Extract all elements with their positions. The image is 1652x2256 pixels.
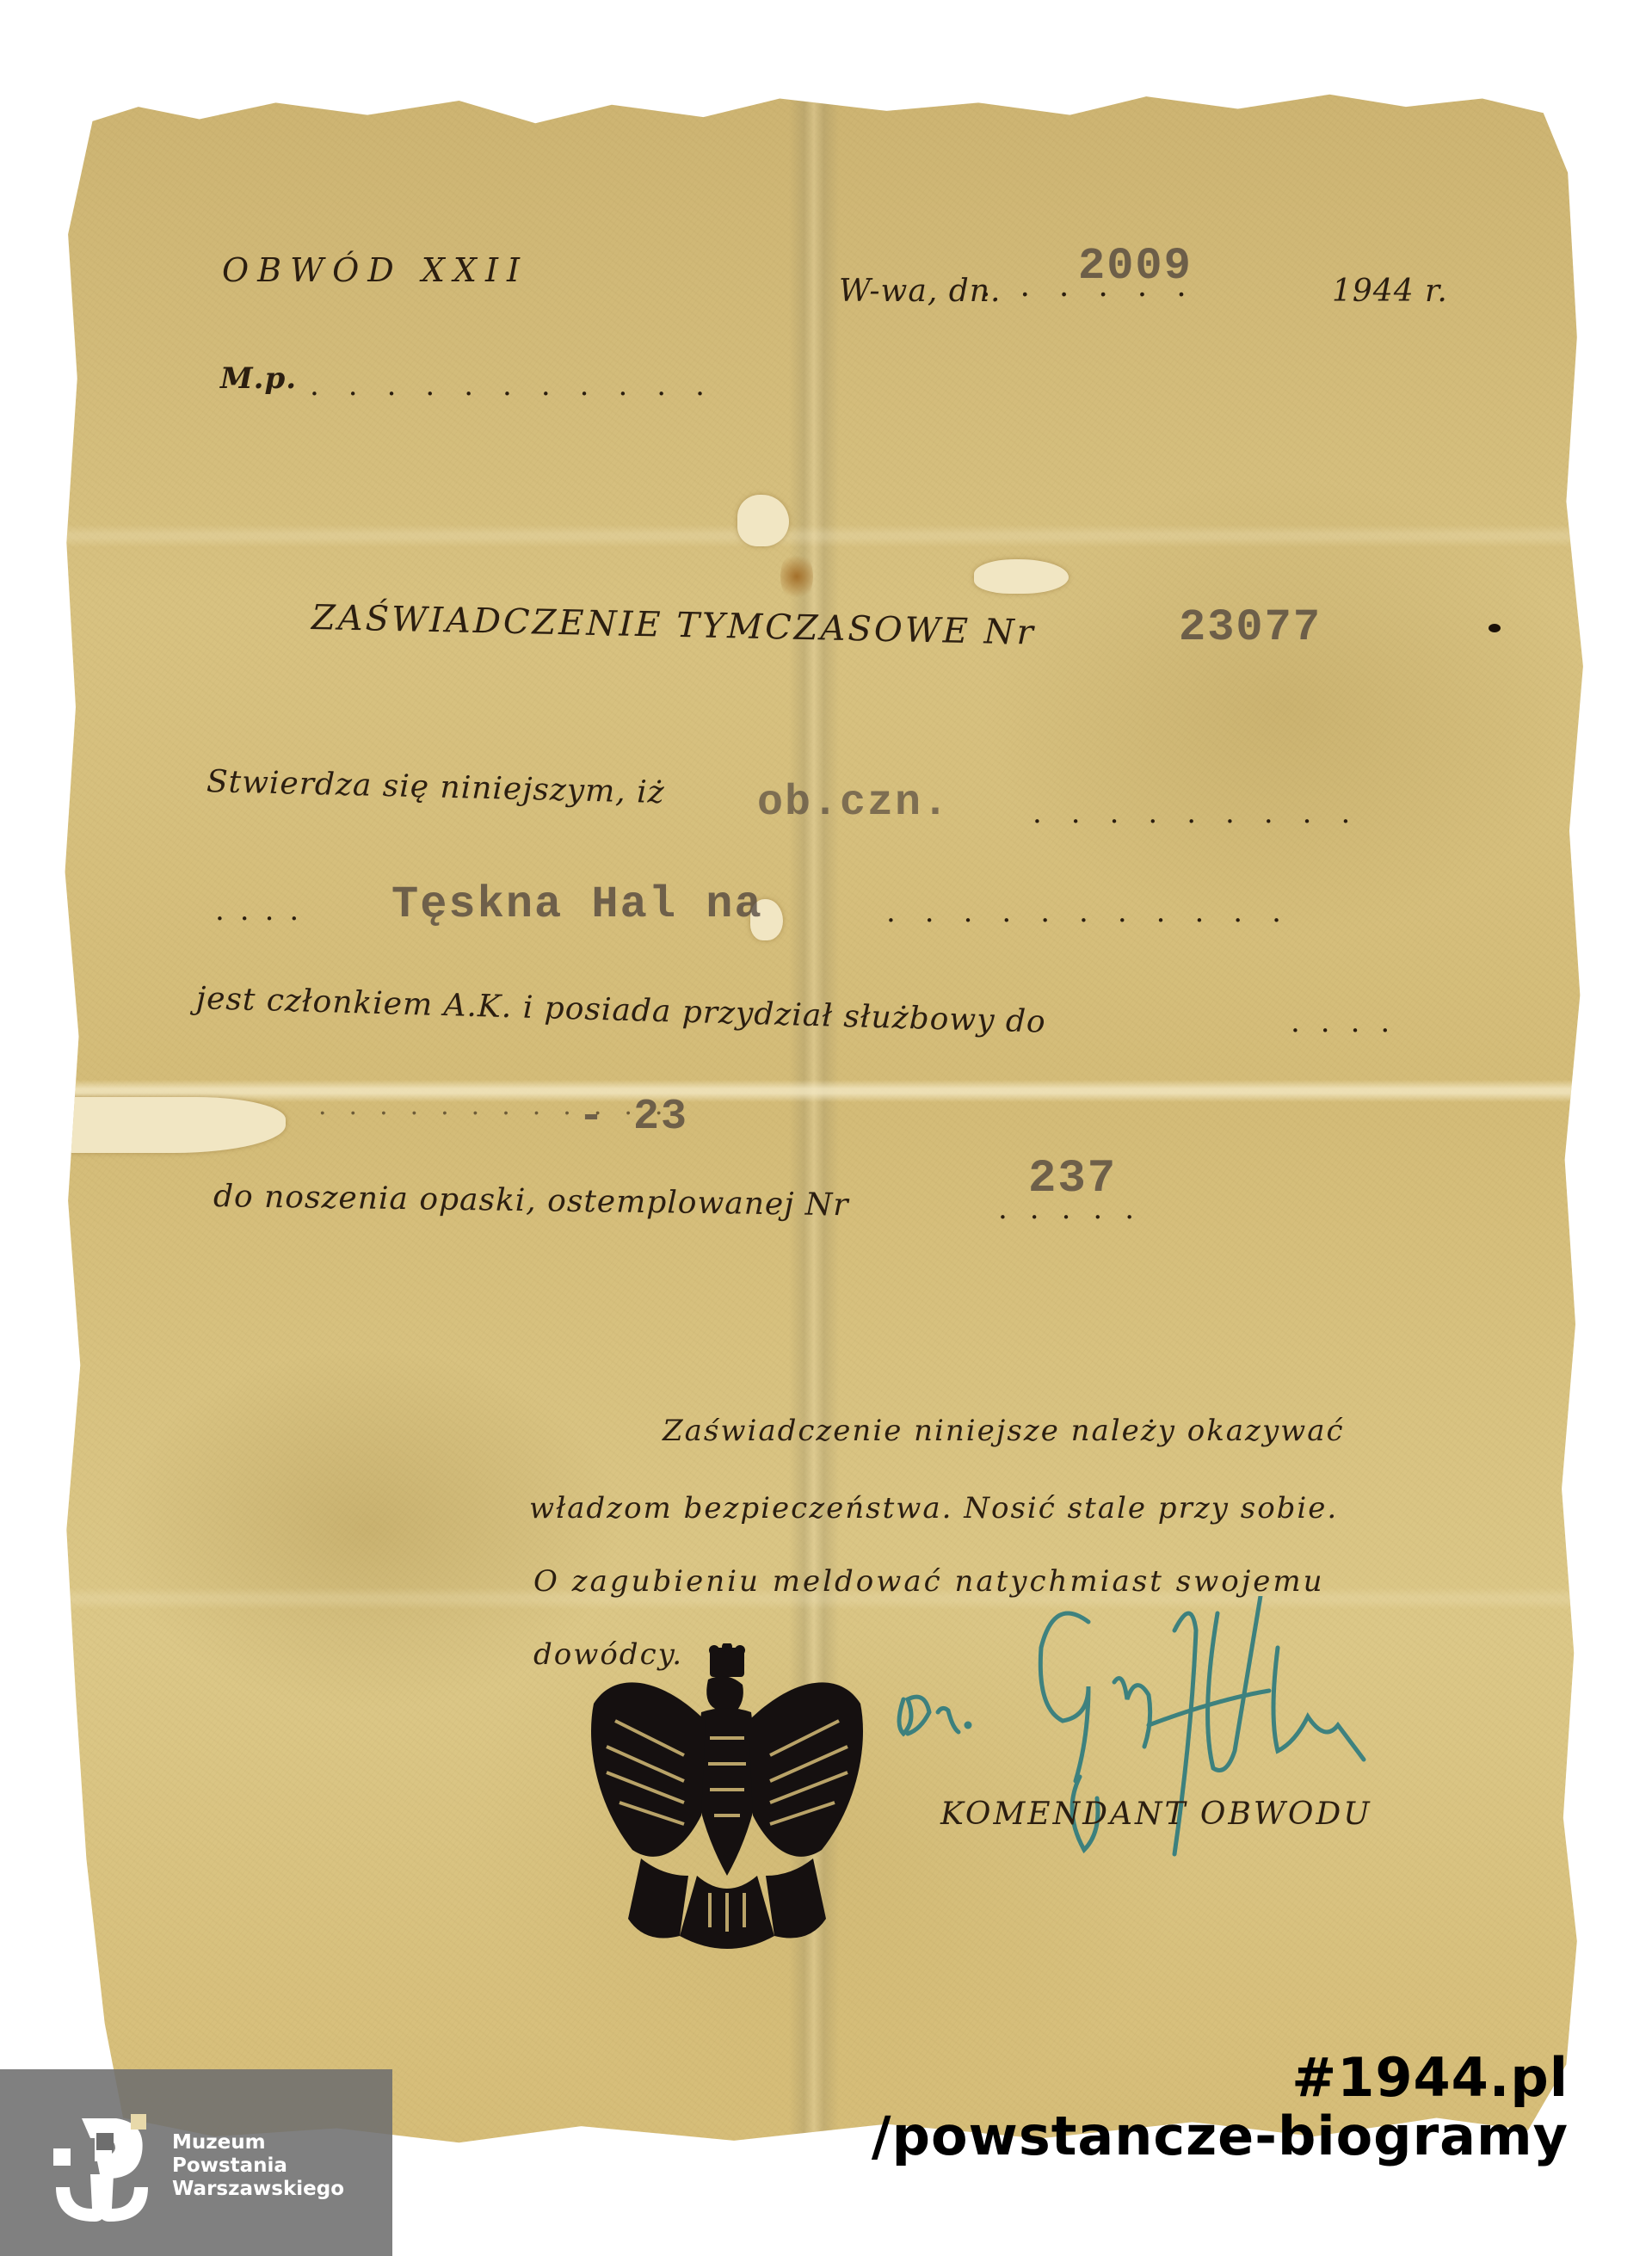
district-label: OBWÓD XXII (222, 251, 528, 289)
title-abbrev-stamp: ob.czn. (757, 779, 950, 828)
year-suffix: 1944 r. (1332, 274, 1448, 309)
mp-label: M.p. (220, 361, 297, 396)
notice-line-2: władzom bezpieczeństwa. Nosić stale przy… (529, 1491, 1338, 1526)
mp-dots: ........... (310, 368, 734, 403)
notice-line-3: O zagubieniu meldować natychmiast swojem… (533, 1564, 1325, 1599)
body-dots-2a: .... (215, 893, 314, 928)
member-name-stamp: Tęskna Hal na (391, 879, 763, 930)
paper-damage (974, 559, 1069, 594)
museum-name-line-1: Muzeum (172, 2131, 344, 2154)
ink-spot (1489, 624, 1501, 632)
body-dots-2b: ........... (886, 895, 1310, 929)
polish-eagle-emblem (581, 1643, 873, 1970)
museum-name: Muzeum Powstania Warszawskiego (172, 2131, 344, 2201)
date-stamp: 2009 (1078, 241, 1193, 292)
horizontal-fold-tear (62, 1080, 1589, 1102)
commander-title: KOMENDANT OBWODU (940, 1797, 1372, 1832)
notice-line-1: Zaświadczenie niniejsze należy okazywać (663, 1414, 1345, 1448)
museum-watermark: Muzeum Powstania Warszawskiego (0, 2069, 392, 2256)
kotwica-anchor-logo-icon (52, 2114, 151, 2226)
paper-damage (737, 495, 789, 546)
handwritten-signature (891, 1596, 1544, 1906)
paper-damage (62, 1097, 286, 1153)
horizontal-fold (62, 525, 1589, 547)
site-tag-path: /powstancze-biogramy (872, 2105, 1569, 2167)
body-dots-5: ..... (998, 1192, 1156, 1226)
certificate-number-stamp: 23077 (1179, 602, 1322, 653)
place-date-prefix: W-wa, dn. (839, 274, 1001, 309)
body-dots-1: ......... (1032, 796, 1379, 830)
rust-stain (780, 551, 813, 602)
body-dots-3: .... (1291, 1005, 1410, 1039)
museum-name-line-3: Warszawskiego (172, 2178, 344, 2201)
site-tag-hashtag: #1944.pl (1291, 2046, 1569, 2109)
museum-name-line-2: Powstania (172, 2154, 344, 2178)
unit-number-stamp: - 23 (578, 1093, 688, 1142)
